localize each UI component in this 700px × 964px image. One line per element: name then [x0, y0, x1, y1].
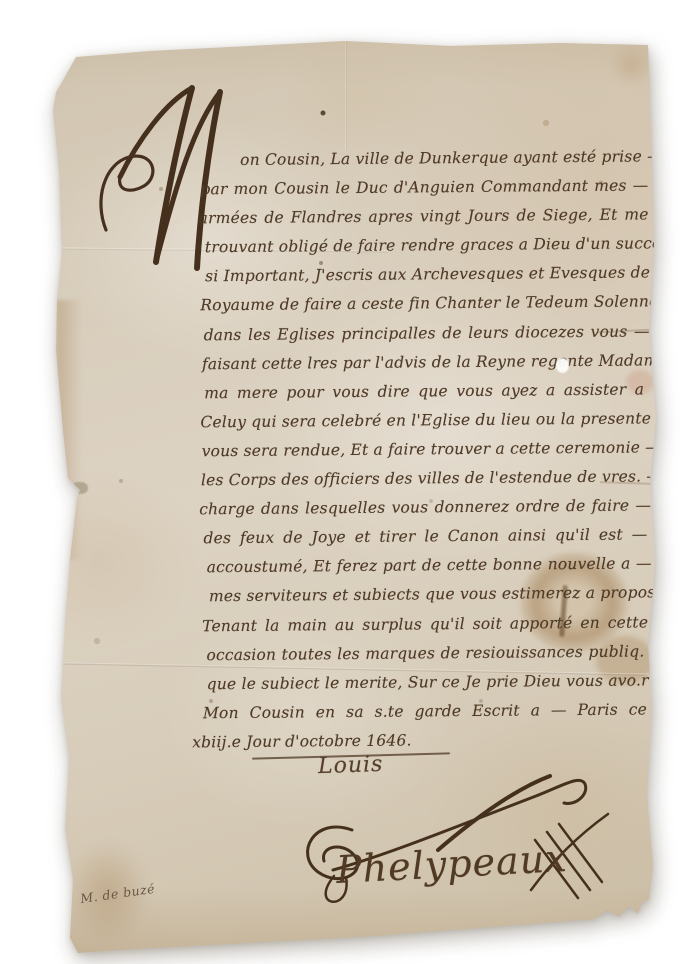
countersignature-flourish: [288, 758, 620, 923]
stain-top-right: [545, 42, 653, 154]
letter-line: accoustumé, Et ferez part de cette bonne…: [207, 550, 652, 583]
letter-line: les Corps des officiers des villes de l'…: [201, 462, 651, 495]
foxing-specks: [0, 0, 2, 2]
manuscript-paper: on Cousin, La ville de Dunkerque ayant e…: [0, 0, 700, 964]
letter-line: occasion toutes les marques de resiouiss…: [206, 637, 644, 670]
archival-annotation: M. de buzé: [79, 881, 156, 906]
letter-line: que le subiect le merite, Sur ce Je prie…: [207, 666, 649, 699]
letter-line: charge dans lesquelles vous donnerez ord…: [199, 492, 651, 525]
letter-line: Royaume de faire a ceste fin Chanter le …: [200, 288, 649, 321]
letter-line: par mon Cousin le Duc d'Anguien Commanda…: [200, 171, 648, 204]
letter-line: vous sera rendue, Et a faire trouver a c…: [202, 433, 651, 466]
letter-line: dans les Eglises principalles de leurs d…: [204, 317, 650, 350]
letter-text-block: on Cousin, La ville de Dunkerque ayant e…: [0, 142, 700, 759]
letter-line: trouvant obligé de faire rendre graces a…: [205, 230, 649, 263]
fold-crease-vertical: [345, 42, 347, 150]
letter-line: armées de Flandres apres vingt Jours de …: [199, 201, 649, 234]
letter-line: des feux de Joye et tirer le Canon ainsi…: [203, 521, 647, 554]
letter-line: mes serviteurs et subiects que vous esti…: [209, 579, 652, 612]
letter-line: on Cousin, La ville de Dunkerque ayant e…: [240, 142, 648, 175]
letter-line: faisant cette lres par l'advis de la Rey…: [202, 346, 650, 379]
letter-line: si Important, J'escris aux Archevesques …: [205, 259, 649, 292]
letter-line: Tenant la main au surplus qu'il soit app…: [202, 608, 648, 641]
paper-shadow-wrapper: on Cousin, La ville de Dunkerque ayant e…: [0, 0, 700, 964]
letter-line: ma mere pour vous dire que vous ayez a a…: [204, 375, 644, 408]
letter-line: Mon Cousin en sa s.te garde Escrit a — P…: [203, 695, 647, 728]
document-photo: on Cousin, La ville de Dunkerque ayant e…: [0, 0, 700, 964]
letter-line: Celuy qui sera celebré en l'Eglise du li…: [200, 404, 650, 437]
